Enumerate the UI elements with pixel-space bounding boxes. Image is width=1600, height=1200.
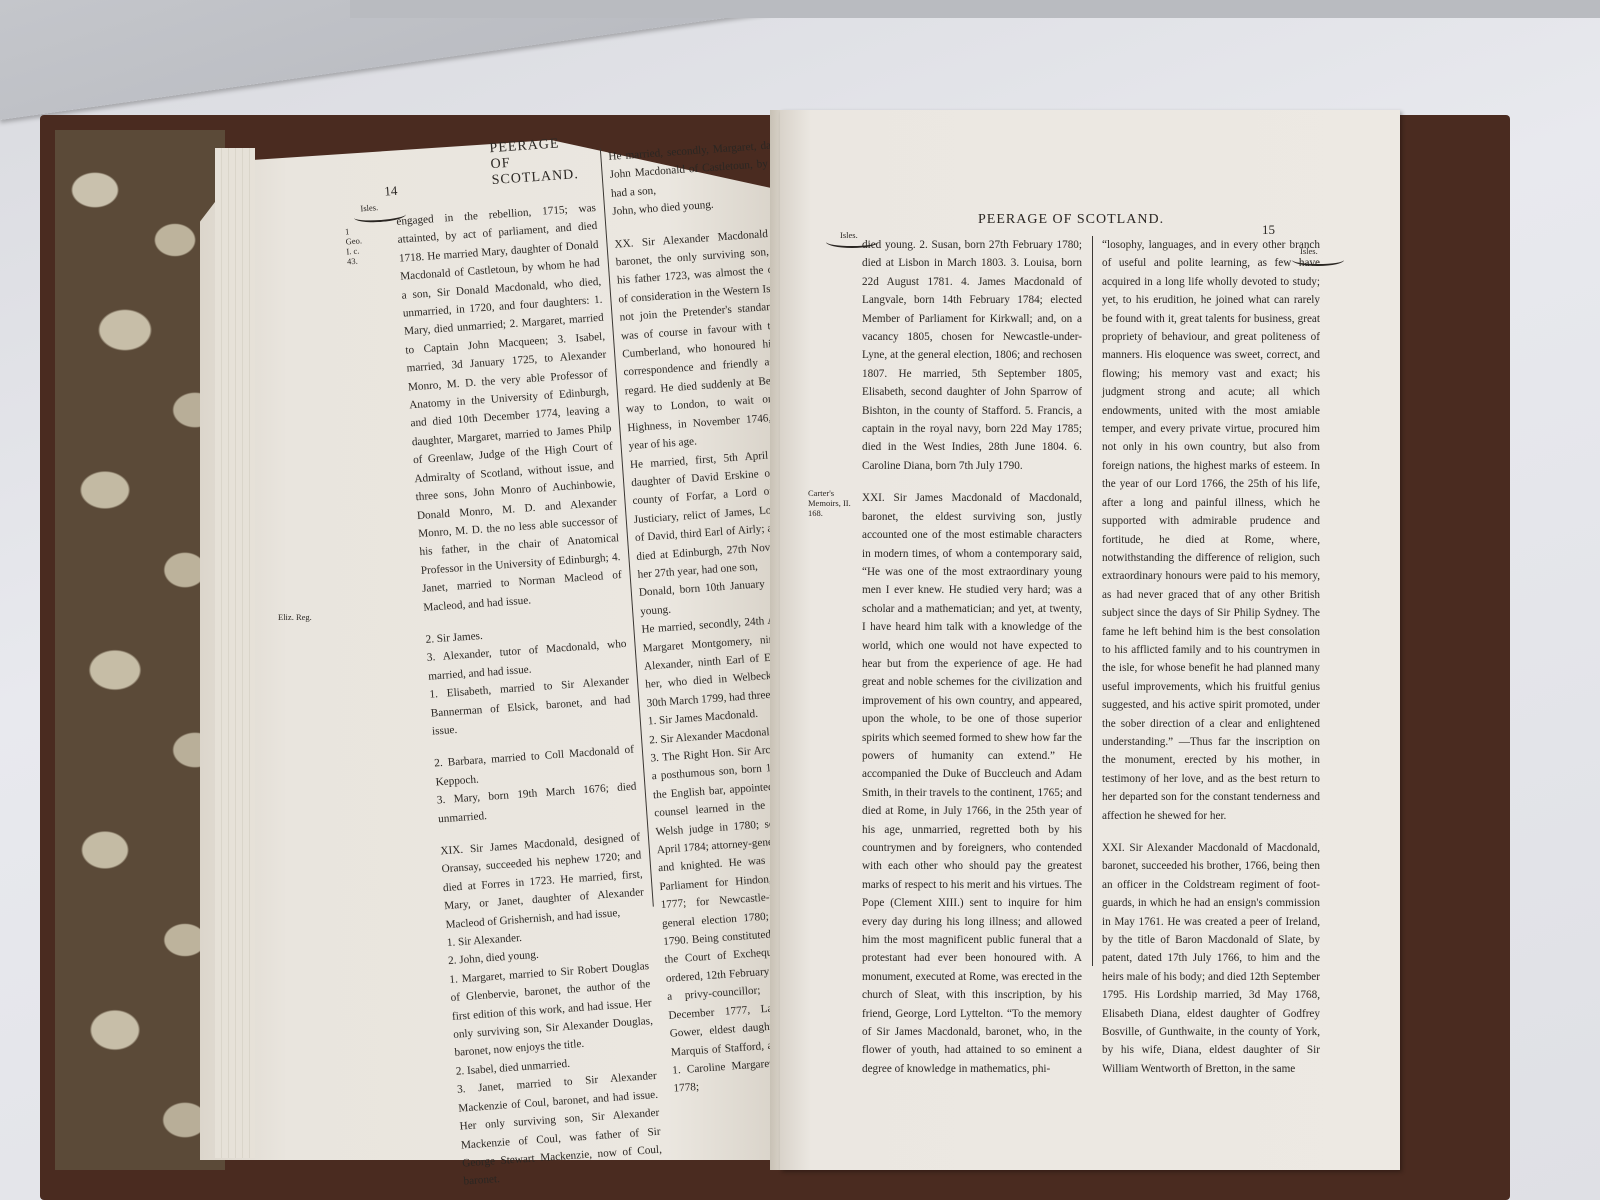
right-page-column-1: died young. 2. Susan, born 27th February…	[862, 236, 1082, 1078]
paragraph: “losophy, languages, and in every other …	[1102, 236, 1320, 825]
paragraph: died young. 2. Susan, born 27th February…	[862, 236, 1082, 475]
paragraph: XIX. Sir James Macdonald, designed of Or…	[440, 828, 646, 934]
paragraph: 1. Margaret, married to Sir Robert Dougl…	[449, 957, 655, 1063]
paragraph: 3. Janet, married to Sir Alexander Macke…	[457, 1067, 664, 1191]
cardboard-box-edge	[350, 0, 1600, 18]
cardboard-box-flap	[0, 0, 1080, 120]
column-rule	[1092, 236, 1093, 966]
marbled-endpaper	[55, 130, 225, 1170]
margin-note: Eliz. Reg.	[278, 612, 312, 622]
paragraph: engaged in the rebellion, 1715; was atta…	[396, 199, 624, 617]
margin-note: 1 Geo. I. c. 43.	[345, 225, 364, 266]
margin-note: Carter's Memoirs, II. 168.	[808, 488, 858, 518]
left-page-number: 14	[384, 183, 398, 200]
paragraph: XXI. Sir James Macdonald of Macdonald, b…	[862, 489, 1082, 1078]
left-running-header: PEERAGE OF SCOTLAND.	[489, 135, 579, 189]
right-page-column-2: “losophy, languages, and in every other …	[1102, 236, 1320, 1078]
page-edges	[215, 148, 255, 1158]
paragraph: XXI. Sir Alexander Macdonald of Macdonal…	[1102, 839, 1320, 1078]
right-running-header: PEERAGE OF SCOTLAND.	[978, 212, 1164, 228]
